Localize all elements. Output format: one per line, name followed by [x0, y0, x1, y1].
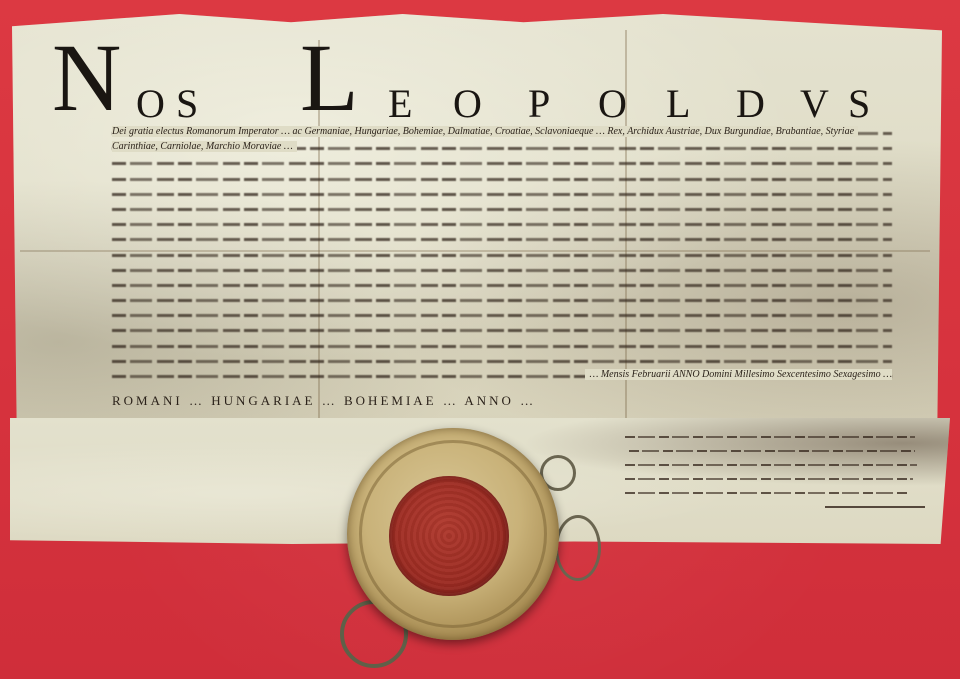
heading-letter: S [176, 80, 198, 127]
body-line [112, 172, 892, 187]
seal-cord [555, 515, 601, 581]
heading-letter: V [800, 80, 829, 127]
wax-seal [389, 476, 509, 596]
dating-clause: … Mensis Februarii ANNO Domini Millesimo… [585, 369, 892, 380]
body-fragment: Carinthiae, Carniolae, Marchio Moraviae … [112, 141, 297, 152]
body-line [112, 293, 892, 308]
signature [825, 500, 925, 514]
endorsement-line [625, 486, 925, 500]
seal-capsule [347, 428, 559, 640]
endorsement-line [625, 430, 925, 444]
endorsement-line [625, 472, 925, 486]
endorsement-line [625, 458, 925, 472]
body-line: Carinthiae, Carniolae, Marchio Moraviae … [112, 141, 892, 156]
body-line: … Mensis Februarii ANNO Domini Millesimo… [112, 369, 892, 384]
charter-body: Dei gratia electus Romanorum Imperator …… [112, 126, 892, 384]
endorsement-line [625, 444, 925, 458]
body-line: Dei gratia electus Romanorum Imperator …… [112, 126, 892, 141]
heading-letter: S [848, 80, 870, 127]
heading-letter: L [300, 22, 359, 133]
heading-letter: O [598, 80, 627, 127]
charter-heading: N O S L E O P O L D V S [48, 22, 888, 132]
heading-letter: O [453, 80, 482, 127]
body-line [112, 217, 892, 232]
heading-letter: L [666, 80, 690, 127]
body-fragment: Dei gratia electus Romanorum Imperator …… [112, 126, 858, 137]
body-line [112, 323, 892, 338]
body-line [112, 248, 892, 263]
heading-letter: N [52, 22, 121, 133]
endorsement-text [625, 430, 925, 500]
body-line [112, 156, 892, 171]
body-line [112, 232, 892, 247]
body-line [112, 202, 892, 217]
dating-clause-final: ROMANI … HUNGARIAE … BOHEMIAE … ANNO … [112, 393, 892, 411]
heading-letter: D [736, 80, 765, 127]
body-line [112, 354, 892, 369]
heading-letter: P [528, 80, 550, 127]
body-line [112, 187, 892, 202]
body-line [112, 339, 892, 354]
heading-letter: E [388, 80, 412, 127]
heading-letter: O [136, 80, 165, 127]
body-line [112, 278, 892, 293]
body-line [112, 263, 892, 278]
body-line [112, 308, 892, 323]
